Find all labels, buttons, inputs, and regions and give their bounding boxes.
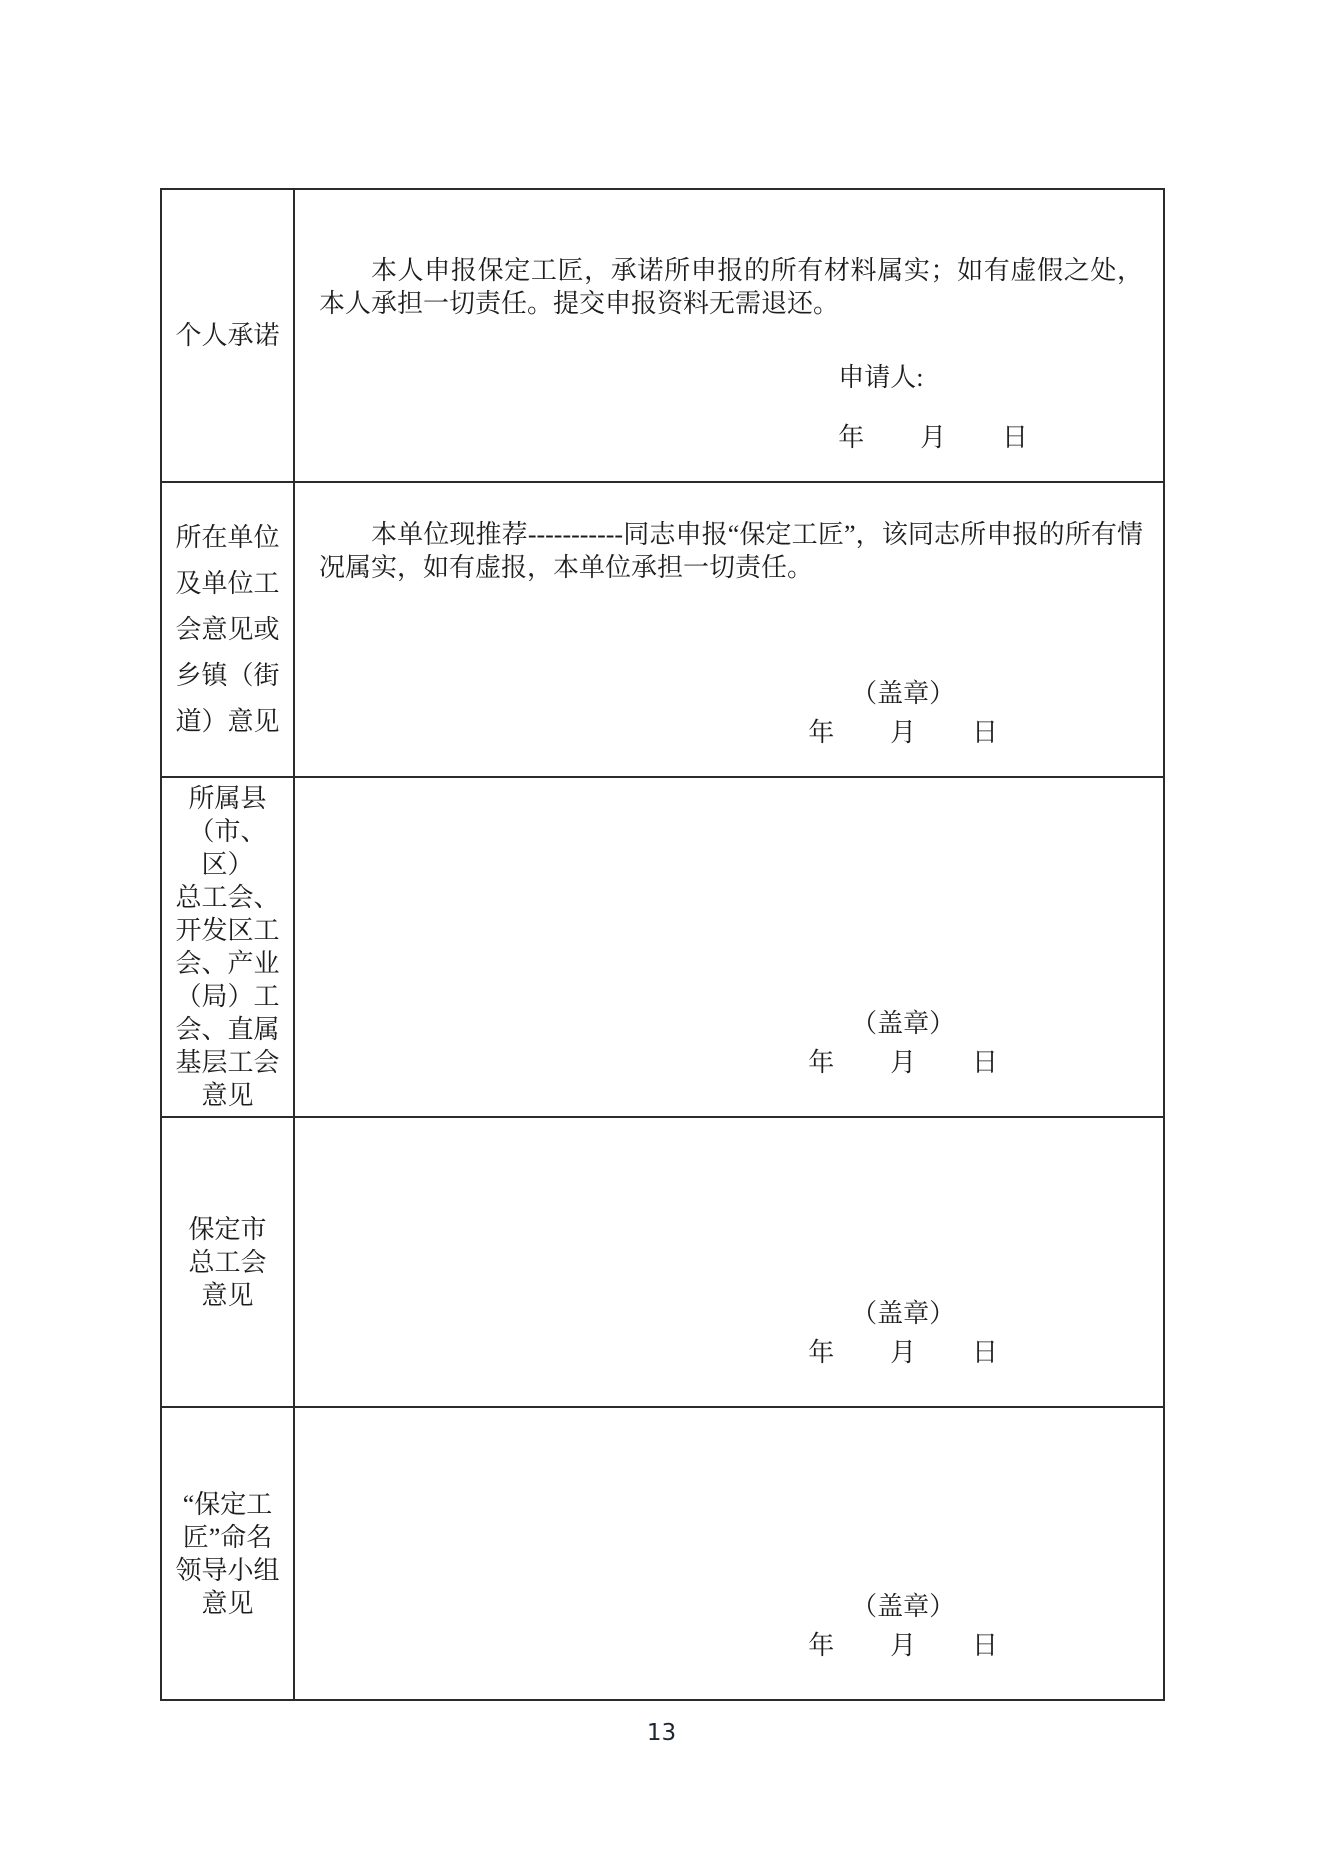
row-county-union-opinion: 所属县 （市、区） 总工会、 开发区工 会、产业 （局）工 会、直属 基层工会 … — [161, 777, 1164, 1117]
label-unit-opinion: 所在单位 及单位工 会意见或 乡镇（街 道）意见 — [161, 482, 294, 777]
cell-leading-group-opinion: （盖章） 年 月 日 — [294, 1407, 1164, 1700]
personal-commitment-text: 本人申报保定工匠，承诺所申报的所有材料属实；如有虚假之处，本人承担一切责任。提交… — [295, 190, 1163, 320]
stamp-placeholder: （盖章） — [808, 1592, 998, 1622]
label-city-union-opinion: 保定市 总工会 意见 — [161, 1117, 294, 1407]
date-line: 年 月 日 — [808, 718, 998, 748]
applicant-label: 申请人: — [838, 363, 1028, 393]
date-line: 年 月 日 — [838, 423, 1028, 453]
stamp-placeholder: （盖章） — [808, 1299, 998, 1329]
row-city-union-opinion: 保定市 总工会 意见 （盖章） 年 月 日 — [161, 1117, 1164, 1407]
cell-city-union-opinion: （盖章） 年 月 日 — [294, 1117, 1164, 1407]
date-line: 年 月 日 — [808, 1338, 998, 1368]
row-personal-commitment: 个人承诺 本人申报保定工匠，承诺所申报的所有材料属实；如有虚假之处，本人承担一切… — [161, 189, 1164, 482]
leading-group-stamp-block: （盖章） 年 月 日 — [808, 1592, 998, 1661]
approval-form-table: 个人承诺 本人申报保定工匠，承诺所申报的所有材料属实；如有虚假之处，本人承担一切… — [160, 188, 1165, 1701]
stamp-placeholder: （盖章） — [808, 1009, 998, 1039]
cell-unit-opinion: 本单位现推荐-----------同志申报“保定工匠”，该同志所申报的所有情况属… — [294, 482, 1164, 777]
unit-stamp-block: （盖章） 年 月 日 — [808, 679, 998, 748]
row-unit-opinion: 所在单位 及单位工 会意见或 乡镇（街 道）意见 本单位现推荐---------… — [161, 482, 1164, 777]
date-line: 年 月 日 — [808, 1048, 998, 1078]
label-personal-commitment: 个人承诺 — [161, 189, 294, 482]
cell-county-union-opinion: （盖章） 年 月 日 — [294, 777, 1164, 1117]
label-leading-group-opinion: “保定工 匠”命名 领导小组 意见 — [161, 1407, 294, 1700]
label-county-union-opinion: 所属县 （市、区） 总工会、 开发区工 会、产业 （局）工 会、直属 基层工会 … — [161, 777, 294, 1117]
row-leading-group-opinion: “保定工 匠”命名 领导小组 意见 （盖章） 年 月 日 — [161, 1407, 1164, 1700]
county-union-stamp-block: （盖章） 年 月 日 — [808, 1009, 998, 1078]
document-page: 个人承诺 本人申报保定工匠，承诺所申报的所有材料属实；如有虚假之处，本人承担一切… — [0, 0, 1323, 1871]
unit-recommendation-text: 本单位现推荐-----------同志申报“保定工匠”，该同志所申报的所有情况属… — [295, 483, 1163, 584]
page-number: 13 — [0, 1720, 1323, 1746]
date-line: 年 月 日 — [808, 1631, 998, 1661]
applicant-signature-block: 申请人: 年 月 日 — [838, 363, 1028, 453]
city-union-stamp-block: （盖章） 年 月 日 — [808, 1299, 998, 1368]
stamp-placeholder: （盖章） — [808, 679, 998, 709]
cell-personal-commitment: 本人申报保定工匠，承诺所申报的所有材料属实；如有虚假之处，本人承担一切责任。提交… — [294, 189, 1164, 482]
